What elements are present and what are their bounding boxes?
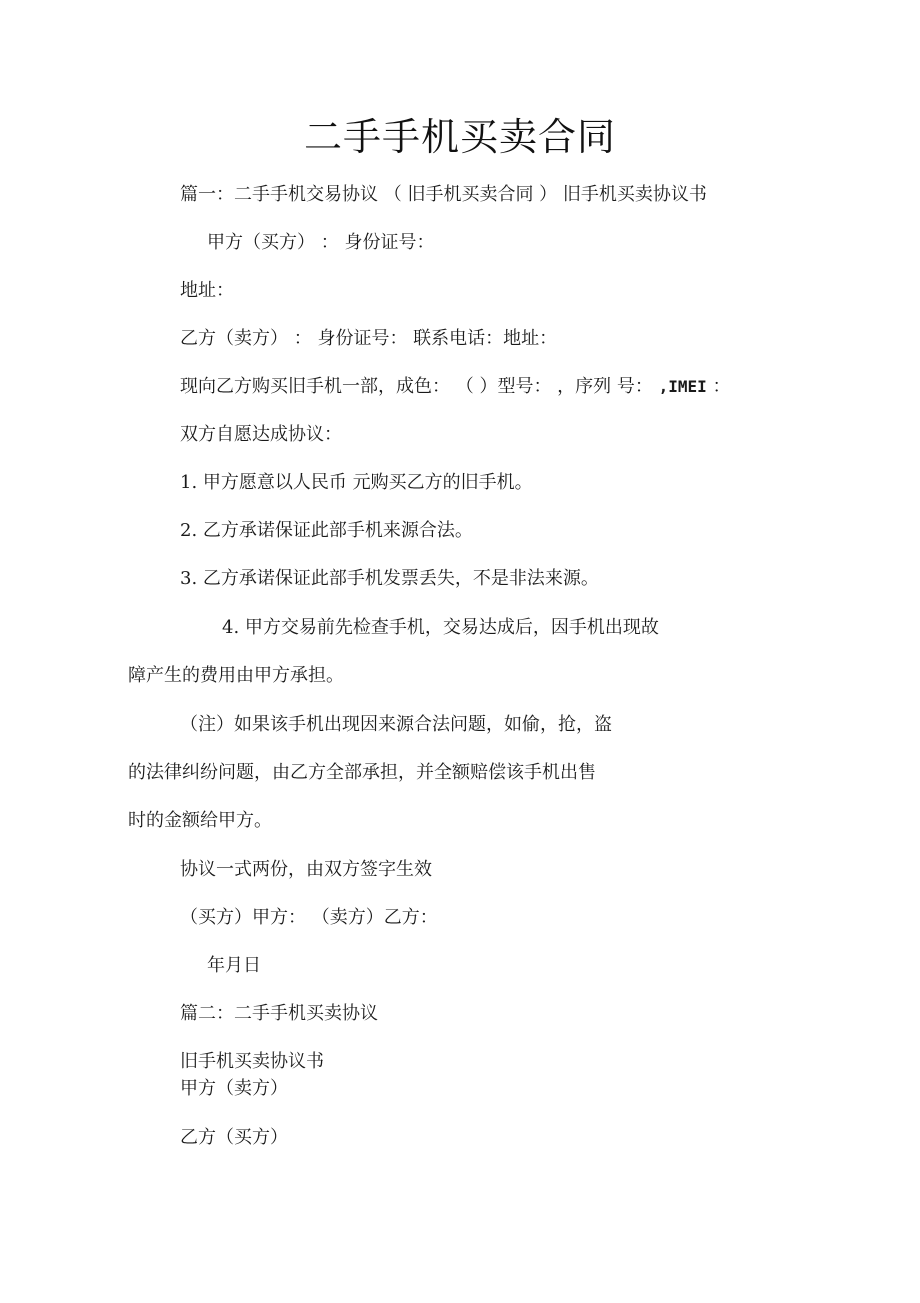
document-title: 二手手机买卖合同 (0, 112, 920, 162)
agreement-intro: 双方自愿达成协议： (180, 423, 342, 447)
clause-1: 1. 甲方愿意以人民币 元购买乙方的旧手机。 (180, 471, 533, 495)
party-a-buyer-line: 甲方（买方） ： 身份证号： (207, 231, 434, 255)
clause-4-continued: 障产生的费用由甲方承担。 (128, 664, 344, 688)
signature-line: （买方）甲方： （卖方）乙方： (180, 906, 438, 930)
note-line-3: 时的金额给甲方。 (128, 809, 272, 833)
purchase-line: 现向乙方购买旧手机一部，成色： （ ）型号： ，序列 号： ,IMEI ： (180, 375, 731, 399)
clause-2: 2. 乙方承诺保证此部手机来源合法。 (180, 519, 473, 543)
clause-4: 4. 甲方交易前先检查手机，交易达成后，因手机出现故 (222, 616, 659, 640)
section-one-heading: 篇一：二手手机交易协议 （ 旧手机买卖合同 ） 旧手机买卖协议书 (180, 183, 707, 207)
address-line: 地址： (180, 279, 234, 303)
note-line-2: 的法律纠纷问题，由乙方全部承担，并全额赔偿该手机出售 (128, 761, 596, 785)
section-two-party-b: 乙方（买方） (180, 1126, 288, 1150)
date-line: 年月日 (207, 954, 261, 978)
section-two-party-a: 甲方（卖方） (180, 1077, 288, 1101)
section-two-subtitle: 旧手机买卖协议书 (180, 1050, 324, 1074)
purchase-text: 现向乙方购买旧手机一部，成色： （ ）型号： ，序列 号： (180, 376, 653, 397)
clause-3: 3. 乙方承诺保证此部手机发票丢失，不是非法来源。 (180, 567, 599, 591)
note-line-1: （注）如果该手机出现因来源合法问题，如偷，抢，盗 (180, 713, 612, 737)
imei-label: ,IMEI (659, 377, 707, 396)
section-two-heading: 篇二：二手手机买卖协议 (180, 1002, 378, 1026)
imei-colon: ： (713, 376, 731, 397)
copies-statement: 协议一式两份，由双方签字生效 (180, 858, 432, 882)
party-b-seller-line: 乙方（卖方） ： 身份证号： 联系电话：地址： (180, 327, 557, 351)
document-page: 二手手机买卖合同 篇一：二手手机交易协议 （ 旧手机买卖合同 ） 旧手机买卖协议… (0, 0, 920, 1303)
